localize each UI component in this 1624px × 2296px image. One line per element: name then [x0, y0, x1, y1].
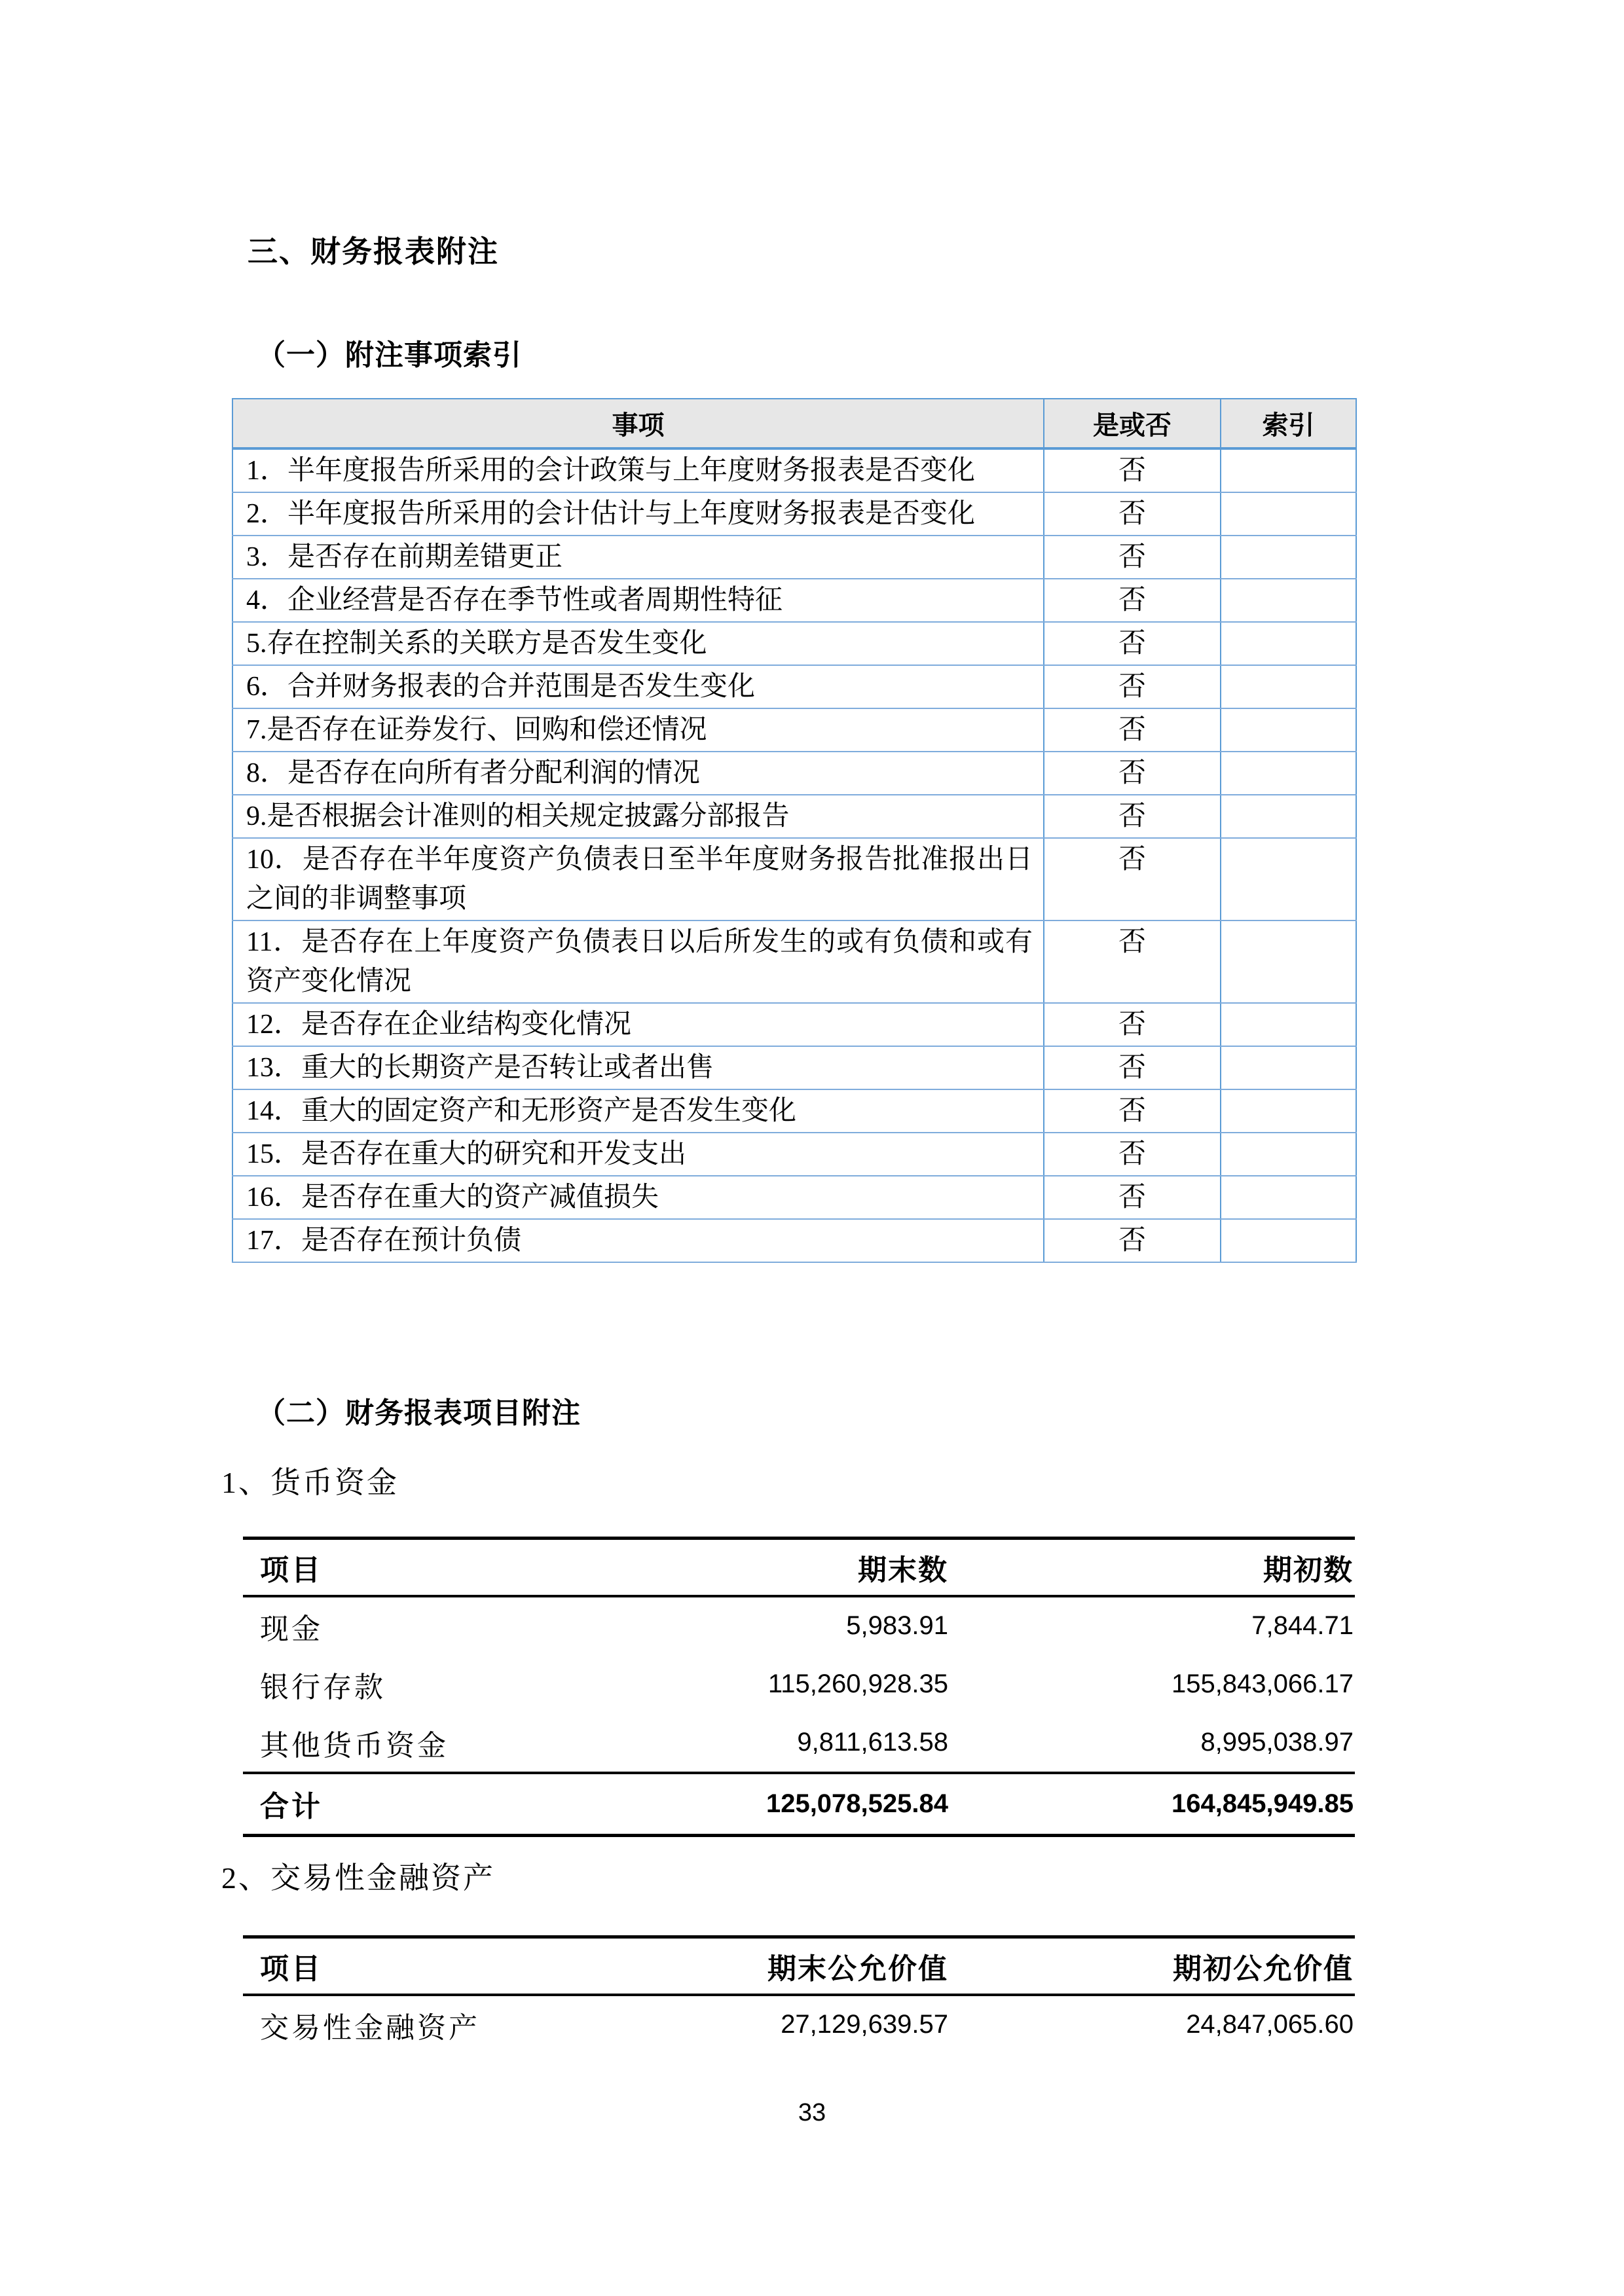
trading-assets-table-body: 交易性金融资产 27,129,639.57 24,847,065.60: [243, 1995, 1355, 2054]
column-header-index: 索引: [1221, 399, 1356, 448]
monetary-funds-table-header: 项目 期末数 期初数: [243, 1539, 1355, 1596]
answer-cell: 否: [1044, 838, 1221, 920]
index-cell: [1221, 579, 1356, 622]
index-cell: [1221, 1219, 1356, 1262]
item-title-trading-assets: 2、交易性金融资产: [221, 1854, 495, 1897]
ending-fair-value-cell: 27,129,639.57: [570, 1995, 950, 2054]
total-ending-cell: 125,078,525.84: [570, 1773, 950, 1836]
answer-cell: 否: [1044, 920, 1221, 1003]
total-beginning-cell: 164,845,949.85: [950, 1773, 1355, 1836]
monetary-funds-table: 项目 期末数 期初数 现金 5,983.91 7,844.71 银行存款 115…: [243, 1537, 1355, 1837]
table-row: 现金 5,983.91 7,844.71: [243, 1596, 1355, 1655]
header-row: 事项 是或否 索引: [232, 399, 1356, 448]
table-row: 11．是否存在上年度资产负债表日以后所发生的或有负债和或有资产变化情况 否: [232, 920, 1356, 1003]
item-title-monetary-funds: 1、货币资金: [221, 1459, 399, 1502]
item-cell: 现金: [243, 1596, 570, 1655]
answer-cell: 否: [1044, 1219, 1221, 1262]
index-cell: [1221, 665, 1356, 708]
answer-cell: 否: [1044, 795, 1221, 838]
trading-assets-table-container: 项目 期末公允价值 期初公允价值 交易性金融资产 27,129,639.57 2…: [243, 1935, 1355, 2054]
table-row: 银行存款 115,260,928.35 155,843,066.17: [243, 1655, 1355, 1714]
index-cell: [1221, 920, 1356, 1003]
notes-index-table: 事项 是或否 索引 1．半年度报告所采用的会计政策与上年度财务报表是否变化 否 …: [232, 398, 1357, 1263]
item-cell: 10．是否存在半年度资产负债表日至半年度财务报告批准报出日之间的非调整事项: [232, 838, 1044, 920]
item-cell: 16．是否存在重大的资产减值损失: [232, 1176, 1044, 1219]
table-row: 3．是否存在前期差错更正 否: [232, 536, 1356, 579]
trading-assets-table: 项目 期末公允价值 期初公允价值 交易性金融资产 27,129,639.57 2…: [243, 1935, 1355, 2054]
header-row: 项目 期末数 期初数: [243, 1539, 1355, 1596]
total-label-cell: 合计: [243, 1773, 570, 1836]
document-page: 三、财务报表附注 （一）附注事项索引 事项 是或否 索引 1．半年度报告所采用的…: [0, 0, 1624, 2296]
item-cell: 8．是否存在向所有者分配利润的情况: [232, 752, 1044, 795]
item-cell: 11．是否存在上年度资产负债表日以后所发生的或有负债和或有资产变化情况: [232, 920, 1044, 1003]
column-header-item: 事项: [232, 399, 1044, 448]
item-cell: 银行存款: [243, 1655, 570, 1714]
beginning-balance-cell: 8,995,038.97: [950, 1714, 1355, 1773]
item-cell: 其他货币资金: [243, 1714, 570, 1773]
column-header-ending: 期末数: [570, 1539, 950, 1596]
table-row: 7.是否存在证券发行、回购和偿还情况 否: [232, 708, 1356, 752]
index-cell: [1221, 1003, 1356, 1046]
answer-cell: 否: [1044, 536, 1221, 579]
ending-balance-cell: 5,983.91: [570, 1596, 950, 1655]
item-cell: 14．重大的固定资产和无形资产是否发生变化: [232, 1089, 1044, 1133]
answer-cell: 否: [1044, 579, 1221, 622]
index-cell: [1221, 536, 1356, 579]
subsection-title-statement-notes: （二）财务报表项目附注: [257, 1389, 581, 1431]
index-cell: [1221, 752, 1356, 795]
item-cell: 3．是否存在前期差错更正: [232, 536, 1044, 579]
table-row: 14．重大的固定资产和无形资产是否发生变化 否: [232, 1089, 1356, 1133]
column-header-ending-fv: 期末公允价值: [570, 1937, 950, 1995]
answer-cell: 否: [1044, 665, 1221, 708]
index-cell: [1221, 838, 1356, 920]
answer-cell: 否: [1044, 1176, 1221, 1219]
ending-balance-cell: 9,811,613.58: [570, 1714, 950, 1773]
item-cell: 9.是否根据会计准则的相关规定披露分部报告: [232, 795, 1044, 838]
total-row: 合计 125,078,525.84 164,845,949.85: [243, 1773, 1355, 1836]
table-row: 10．是否存在半年度资产负债表日至半年度财务报告批准报出日之间的非调整事项 否: [232, 838, 1356, 920]
index-cell: [1221, 492, 1356, 536]
answer-cell: 否: [1044, 752, 1221, 795]
answer-cell: 否: [1044, 492, 1221, 536]
answer-cell: 否: [1044, 622, 1221, 665]
table-row: 5.存在控制关系的关联方是否发生变化 否: [232, 622, 1356, 665]
column-header-beginning-fv: 期初公允价值: [950, 1937, 1355, 1995]
ending-balance-cell: 115,260,928.35: [570, 1655, 950, 1714]
item-cell: 1．半年度报告所采用的会计政策与上年度财务报表是否变化: [232, 448, 1044, 492]
table-row: 1．半年度报告所采用的会计政策与上年度财务报表是否变化 否: [232, 448, 1356, 492]
table-row: 交易性金融资产 27,129,639.57 24,847,065.60: [243, 1995, 1355, 2054]
item-cell: 13．重大的长期资产是否转让或者出售: [232, 1046, 1044, 1089]
item-cell: 交易性金融资产: [243, 1995, 570, 2054]
index-cell: [1221, 1046, 1356, 1089]
header-row: 项目 期末公允价值 期初公允价值: [243, 1937, 1355, 1995]
beginning-fair-value-cell: 24,847,065.60: [950, 1995, 1355, 2054]
monetary-funds-table-container: 项目 期末数 期初数 现金 5,983.91 7,844.71 银行存款 115…: [243, 1537, 1355, 1837]
index-cell: [1221, 1089, 1356, 1133]
index-cell: [1221, 448, 1356, 492]
item-cell: 5.存在控制关系的关联方是否发生变化: [232, 622, 1044, 665]
item-cell: 17．是否存在预计负债: [232, 1219, 1044, 1262]
item-cell: 4．企业经营是否存在季节性或者周期性特征: [232, 579, 1044, 622]
subsection-title-notes-index: （一）附注事项索引: [257, 331, 522, 373]
beginning-balance-cell: 7,844.71: [950, 1596, 1355, 1655]
answer-cell: 否: [1044, 1089, 1221, 1133]
column-header-beginning: 期初数: [950, 1539, 1355, 1596]
beginning-balance-cell: 155,843,066.17: [950, 1655, 1355, 1714]
trading-assets-table-header: 项目 期末公允价值 期初公允价值: [243, 1937, 1355, 1995]
notes-index-table-header: 事项 是或否 索引: [232, 399, 1356, 448]
section-title-main: 三、财务报表附注: [248, 228, 499, 271]
index-cell: [1221, 1176, 1356, 1219]
answer-cell: 否: [1044, 1003, 1221, 1046]
table-row: 4．企业经营是否存在季节性或者周期性特征 否: [232, 579, 1356, 622]
table-row: 8．是否存在向所有者分配利润的情况 否: [232, 752, 1356, 795]
table-row: 15．是否存在重大的研究和开发支出 否: [232, 1133, 1356, 1176]
index-cell: [1221, 622, 1356, 665]
answer-cell: 否: [1044, 448, 1221, 492]
item-cell: 7.是否存在证券发行、回购和偿还情况: [232, 708, 1044, 752]
index-cell: [1221, 1133, 1356, 1176]
answer-cell: 否: [1044, 1046, 1221, 1089]
column-header-item: 项目: [243, 1539, 570, 1596]
item-cell: 12．是否存在企业结构变化情况: [232, 1003, 1044, 1046]
index-cell: [1221, 795, 1356, 838]
table-row: 17．是否存在预计负债 否: [232, 1219, 1356, 1262]
notes-index-table-body: 1．半年度报告所采用的会计政策与上年度财务报表是否变化 否 2．半年度报告所采用…: [232, 448, 1356, 1262]
table-row: 16．是否存在重大的资产减值损失 否: [232, 1176, 1356, 1219]
item-cell: 2．半年度报告所采用的会计估计与上年度财务报表是否变化: [232, 492, 1044, 536]
column-header-item: 项目: [243, 1937, 570, 1995]
table-row: 2．半年度报告所采用的会计估计与上年度财务报表是否变化 否: [232, 492, 1356, 536]
table-row: 6．合并财务报表的合并范围是否发生变化 否: [232, 665, 1356, 708]
page-number: 33: [0, 2099, 1624, 2127]
item-cell: 15．是否存在重大的研究和开发支出: [232, 1133, 1044, 1176]
table-row: 其他货币资金 9,811,613.58 8,995,038.97: [243, 1714, 1355, 1773]
table-row: 9.是否根据会计准则的相关规定披露分部报告 否: [232, 795, 1356, 838]
table-row: 13．重大的长期资产是否转让或者出售 否: [232, 1046, 1356, 1089]
notes-index-table-container: 事项 是或否 索引 1．半年度报告所采用的会计政策与上年度财务报表是否变化 否 …: [232, 398, 1357, 1263]
answer-cell: 否: [1044, 708, 1221, 752]
monetary-funds-table-body: 现金 5,983.91 7,844.71 银行存款 115,260,928.35…: [243, 1596, 1355, 1836]
column-header-yes-no: 是或否: [1044, 399, 1221, 448]
table-row: 12．是否存在企业结构变化情况 否: [232, 1003, 1356, 1046]
item-cell: 6．合并财务报表的合并范围是否发生变化: [232, 665, 1044, 708]
answer-cell: 否: [1044, 1133, 1221, 1176]
index-cell: [1221, 708, 1356, 752]
